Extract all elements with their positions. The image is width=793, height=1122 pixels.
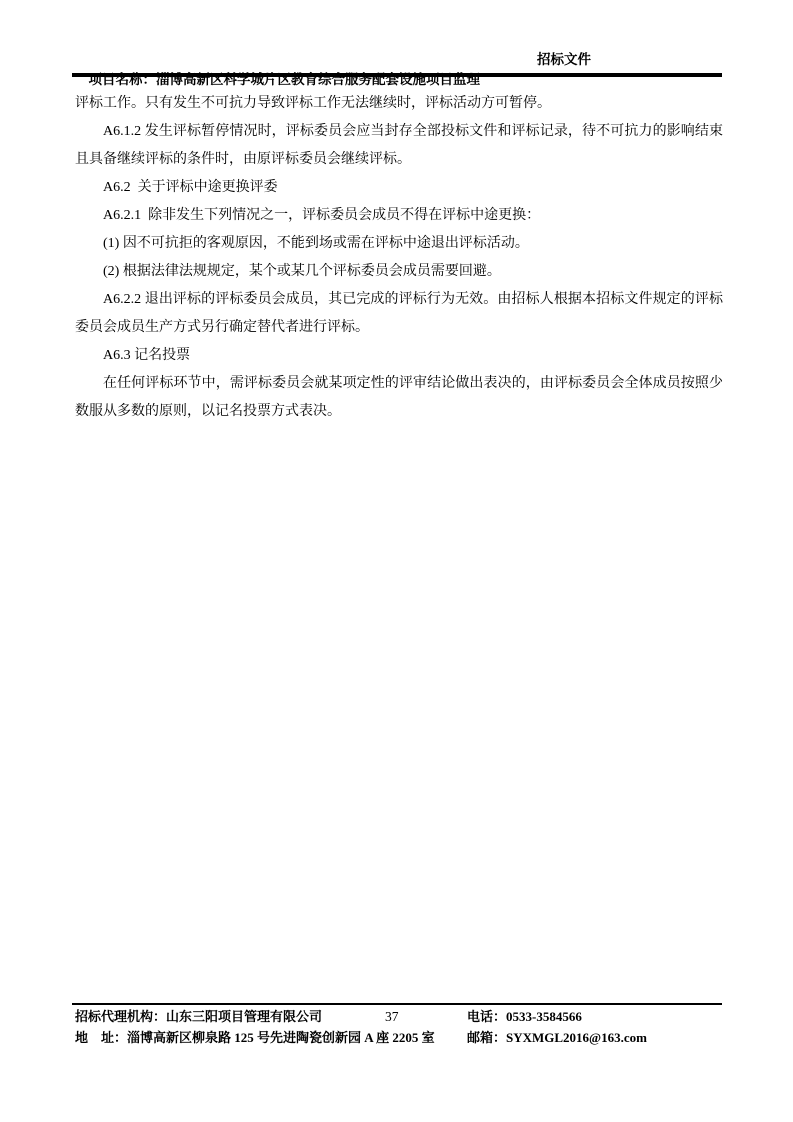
paragraph: A6.2.1 除非发生下列情况之一，评标委员会成员不得在评标中途更换： xyxy=(75,202,723,230)
paragraph: 评标工作。只有发生不可抗力导致评标工作无法继续时，评标活动方可暂停。 xyxy=(75,90,723,118)
paragraph: A6.3 记名投票 xyxy=(75,342,723,370)
footer-page-number: 37 xyxy=(385,1006,399,1027)
footer-rule xyxy=(72,1003,722,1005)
footer-agency: 招标代理机构：山东三阳项目管理有限公司 xyxy=(75,1006,322,1027)
footer-email: 邮箱：SYXMGL2016@163.com xyxy=(467,1027,647,1048)
paragraph: (1) 因不可抗拒的客观原因，不能到场或需在评标中途退出评标活动。 xyxy=(75,230,723,258)
paragraph: A6.2.2 退出评标的评标委员会成员，其已完成的评标行为无效。由招标人根据本招… xyxy=(75,286,723,342)
document-page: 项目名称：淄博高新区科学城片区教育综合服务配套设施项目监理 招标文件 评标工作。… xyxy=(0,0,793,1122)
footer-address: 地 址：淄博高新区柳泉路 125 号先进陶瓷创新园 A 座 2205 室 xyxy=(75,1027,435,1048)
header-doc-type: 招标文件 xyxy=(537,50,591,70)
paragraph: A6.2 关于评标中途更换评委 xyxy=(75,174,723,202)
page-header: 项目名称：淄博高新区科学城片区教育综合服务配套设施项目监理 招标文件 xyxy=(75,50,722,70)
document-body: 评标工作。只有发生不可抗力导致评标工作无法继续时，评标活动方可暂停。 A6.1.… xyxy=(75,90,723,426)
paragraph: 在任何评标环节中，需评标委员会就某项定性的评审结论做出表决的，由评标委员会全体成… xyxy=(75,370,723,426)
paragraph: (2) 根据法律法规规定，某个或某几个评标委员会成员需要回避。 xyxy=(75,258,723,286)
paragraph: A6.1.2 发生评标暂停情况时，评标委员会应当封存全部投标文件和评标记录，待不… xyxy=(75,118,723,174)
header-double-rule xyxy=(72,73,722,77)
footer-phone: 电话：0533-3584566 xyxy=(467,1006,582,1027)
